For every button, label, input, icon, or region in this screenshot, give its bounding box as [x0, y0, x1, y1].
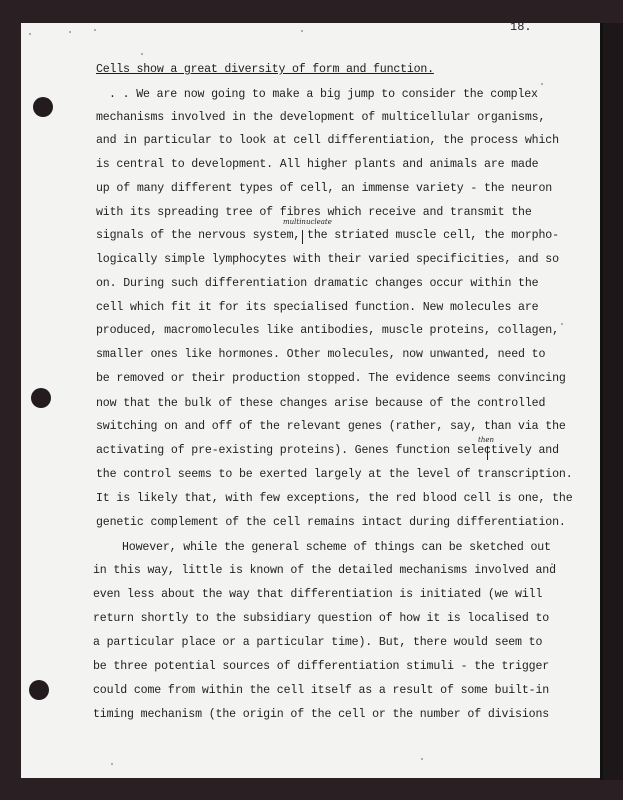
text-line: now that the bulk of these changes arise…: [96, 397, 545, 410]
text-line: cell which fit it for its specialised fu…: [96, 301, 538, 314]
text-line: smaller ones like hormones. Other molecu…: [96, 348, 545, 361]
text-line: However, while the general scheme of thi…: [122, 541, 551, 554]
insertion-mark: [487, 446, 488, 460]
scan-background-edge: [603, 23, 623, 780]
punch-hole-middle: [31, 388, 51, 408]
text-line: activating of pre-existing proteins). Ge…: [96, 444, 559, 457]
text-line: even less about the way that differentia…: [93, 588, 542, 601]
text-line: logically simple lymphocytes with their …: [96, 253, 559, 266]
text-line: It is likely that, with few exceptions, …: [96, 492, 573, 505]
insertion-mark: [302, 230, 303, 244]
text-line: return shortly to the subsidiary questio…: [93, 612, 549, 625]
text-line: up of many different types of cell, an i…: [96, 182, 552, 195]
text-line: is central to development. All higher pl…: [96, 158, 538, 171]
text-line: and in particular to look at cell differ…: [96, 134, 559, 147]
text-line: be three potential sources of differenti…: [93, 660, 549, 673]
text-line: produced, macromolecules like antibodies…: [96, 324, 559, 337]
text-line: a particular place or a particular time)…: [93, 636, 542, 649]
handwritten-annotation: multinucleate: [283, 218, 332, 226]
text-line: on. During such differentiation dramatic…: [96, 277, 538, 290]
handwritten-annotation: then: [478, 436, 494, 444]
text-line: . . We are now going to make a big jump …: [109, 88, 538, 101]
text-line: signals of the nervous system, the stria…: [96, 229, 559, 242]
text-line: be removed or their production stopped. …: [96, 372, 566, 385]
page-right-edge: [600, 23, 603, 780]
text-line: could come from within the cell itself a…: [93, 684, 549, 697]
punch-hole-top: [33, 97, 53, 117]
punch-hole-bottom: [29, 680, 49, 700]
text-line: mechanisms involved in the development o…: [96, 111, 545, 124]
section-heading: Cells show a great diversity of form and…: [96, 63, 434, 76]
page-number: 18.: [510, 20, 532, 34]
text-line: switching on and off of the relevant gen…: [96, 420, 566, 433]
text-line: the control seems to be exerted largely …: [96, 468, 573, 481]
text-line: in this way, little is known of the deta…: [93, 564, 556, 577]
text-line: timing mechanism (the origin of the cell…: [93, 708, 549, 721]
text-line: genetic complement of the cell remains i…: [96, 516, 566, 529]
